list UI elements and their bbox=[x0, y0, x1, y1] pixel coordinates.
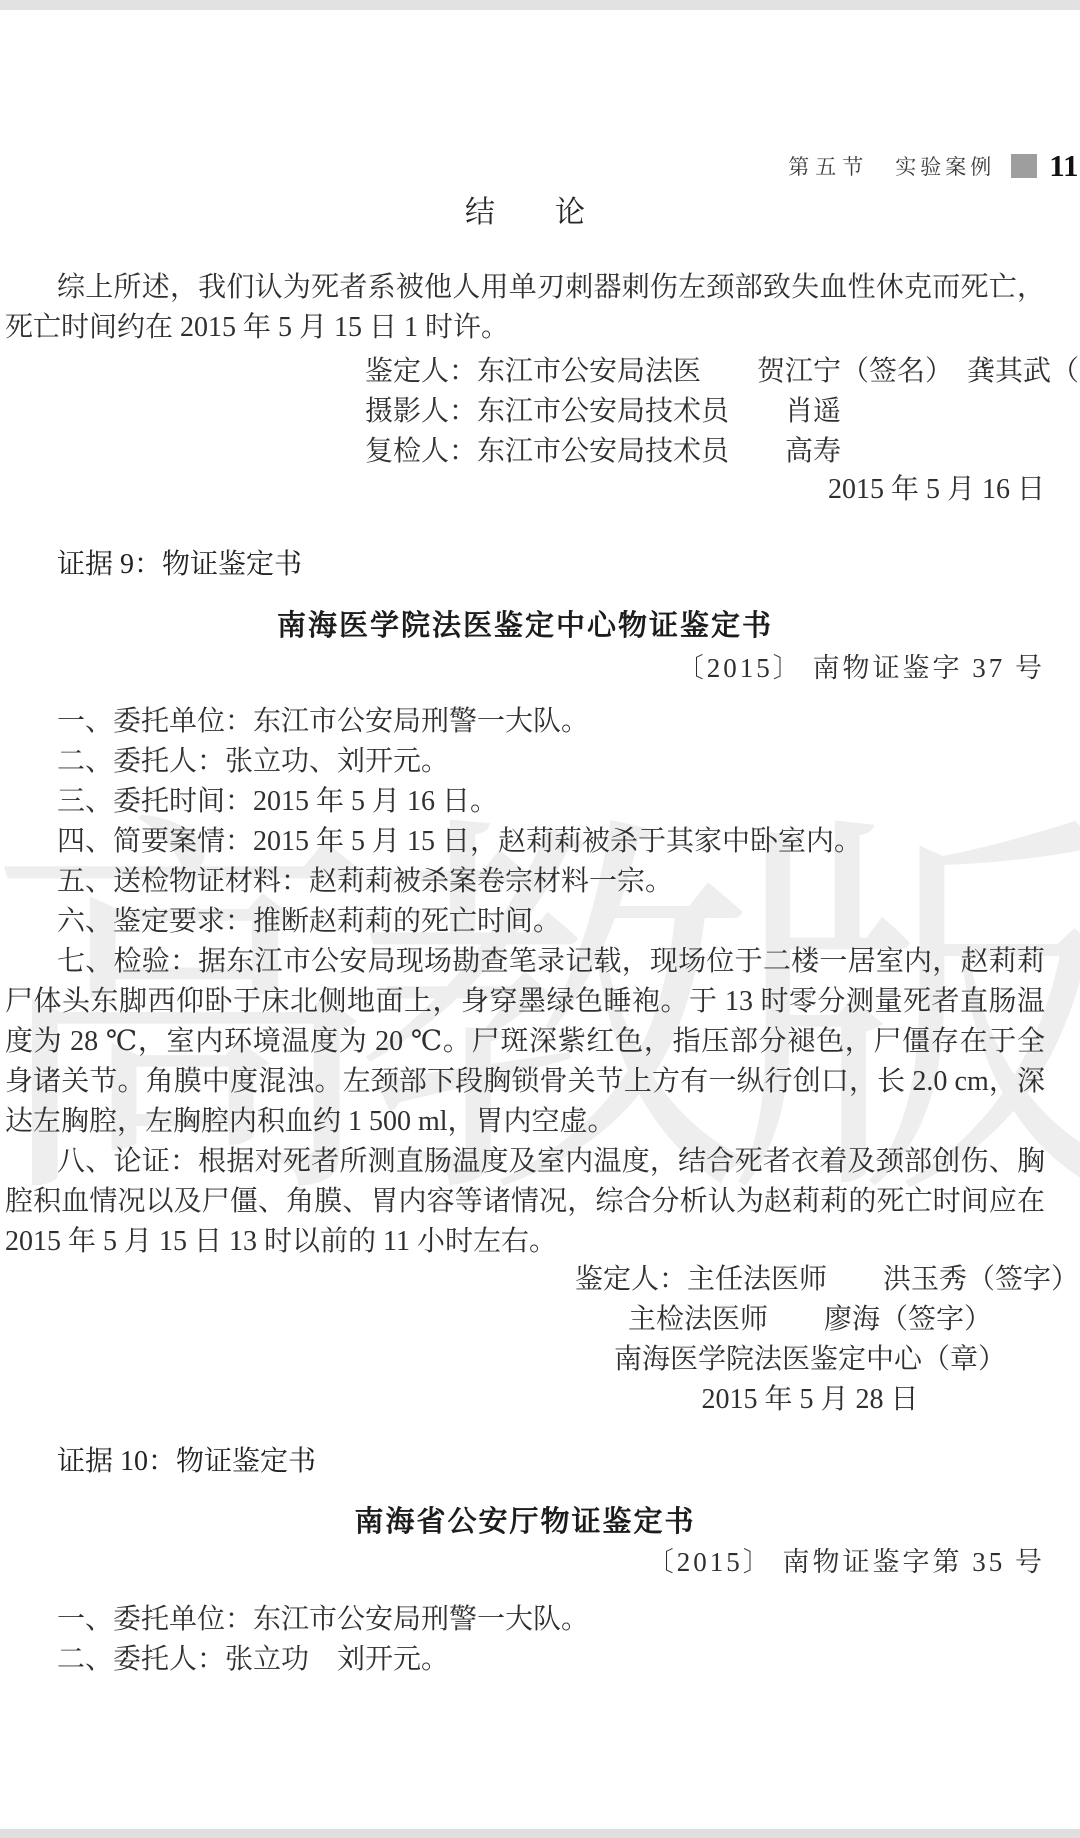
list-item-entrust-time: 三、委托时间：2015 年 5 月 16 日。 bbox=[5, 782, 1045, 822]
section-marker-icon bbox=[1011, 154, 1037, 178]
conclusion-date: 2015 年 5 月 16 日 bbox=[5, 470, 1045, 510]
page-number: 117 bbox=[1049, 148, 1080, 184]
list-item-entrusting-unit: 一、委托单位：东江市公安局刑警一大队。 bbox=[5, 1600, 1045, 1640]
signature-line-chief-examiner: 鉴定人：主任法医师 洪玉秀（签字） bbox=[575, 1260, 1045, 1300]
list-item-entrusters: 二、委托人：张立功、刘开元。 bbox=[5, 742, 1045, 782]
evidence10-label: 证据 10：物证鉴定书 bbox=[57, 1442, 316, 1482]
evidence9-title: 南海医学院法医鉴定中心物证鉴定书 bbox=[5, 608, 1045, 644]
conclusion-heading: 结 论 bbox=[5, 195, 1045, 231]
list-item-argumentation: 八、论证：根据对死者所测直肠温度及室内温度，结合死者衣着及颈部创伤、胸腔积血情况… bbox=[5, 1142, 1045, 1262]
page-edge-top bbox=[0, 0, 1080, 10]
section-title: 实验案例 bbox=[895, 151, 995, 181]
list-item-case-summary: 四、简要案情：2015 年 5 月 15 日，赵莉莉被杀于其家中卧室内。 bbox=[5, 822, 1045, 862]
section-label: 第五节 bbox=[788, 151, 869, 181]
signature-line-reexaminer: 复检人：东江市公安局技术员 高寿 bbox=[365, 432, 1080, 472]
list-item-appraisal-request: 六、鉴定要求：推断赵莉莉的死亡时间。 bbox=[5, 902, 1045, 942]
list-item-examination: 七、检验：据东江市公安局现场勘查笔录记载，现场位于二楼一居室内，赵莉莉尸体头东脚… bbox=[5, 942, 1045, 1142]
evidence9-signature-block: 鉴定人：主任法医师 洪玉秀（签字） 主检法医师 廖海（签字） 南海医学院法医鉴定… bbox=[575, 1260, 1045, 1420]
page-edge-bottom bbox=[0, 1829, 1080, 1838]
signature-line-photographer: 摄影人：东江市公安局技术员 肖遥 bbox=[365, 392, 1080, 432]
evidence10-title: 南海省公安厅物证鉴定书 bbox=[5, 1504, 1045, 1540]
evidence10-items: 一、委托单位：东江市公安局刑警一大队。 二、委托人：张立功 刘开元。 bbox=[5, 1600, 1045, 1680]
list-item-submitted-materials: 五、送检物证材料：赵莉莉被杀案卷宗材料一宗。 bbox=[5, 862, 1045, 902]
conclusion-signature-block: 鉴定人：东江市公安局法医 贺江宁（签名） 龚其武（签名） 摄影人：东江市公安局技… bbox=[365, 352, 1080, 472]
document-page: 高教版 第五节 实验案例 117 结 论 综上所述，我们认为死者系被他人用单刃刺… bbox=[0, 0, 1080, 1838]
signature-line-appraiser: 鉴定人：东江市公安局法医 贺江宁（签名） 龚其武（签名） bbox=[365, 352, 1080, 392]
evidence9-date: 2015 年 5 月 28 日 bbox=[575, 1380, 1045, 1420]
conclusion-paragraph: 综上所述，我们认为死者系被他人用单刃刺器刺伤左颈部致失血性休克而死亡，死亡时间约… bbox=[5, 268, 1045, 348]
evidence9-doc-number: 〔2015〕 南物证鉴字 37 号 bbox=[5, 650, 1045, 686]
signature-line-seal: 南海医学院法医鉴定中心（章） bbox=[575, 1340, 1045, 1380]
list-item-entrusters: 二、委托人：张立功 刘开元。 bbox=[5, 1640, 1045, 1680]
list-item-entrusting-unit: 一、委托单位：东江市公安局刑警一大队。 bbox=[5, 702, 1045, 742]
evidence10-doc-number: 〔2015〕 南物证鉴字第 35 号 bbox=[5, 1544, 1045, 1580]
running-header: 第五节 实验案例 117 bbox=[788, 148, 1080, 184]
signature-line-lead-examiner: 主检法医师 廖海（签字） bbox=[575, 1300, 1045, 1340]
evidence9-label: 证据 9：物证鉴定书 bbox=[57, 545, 302, 585]
evidence9-items: 一、委托单位：东江市公安局刑警一大队。 二、委托人：张立功、刘开元。 三、委托时… bbox=[5, 702, 1045, 1262]
